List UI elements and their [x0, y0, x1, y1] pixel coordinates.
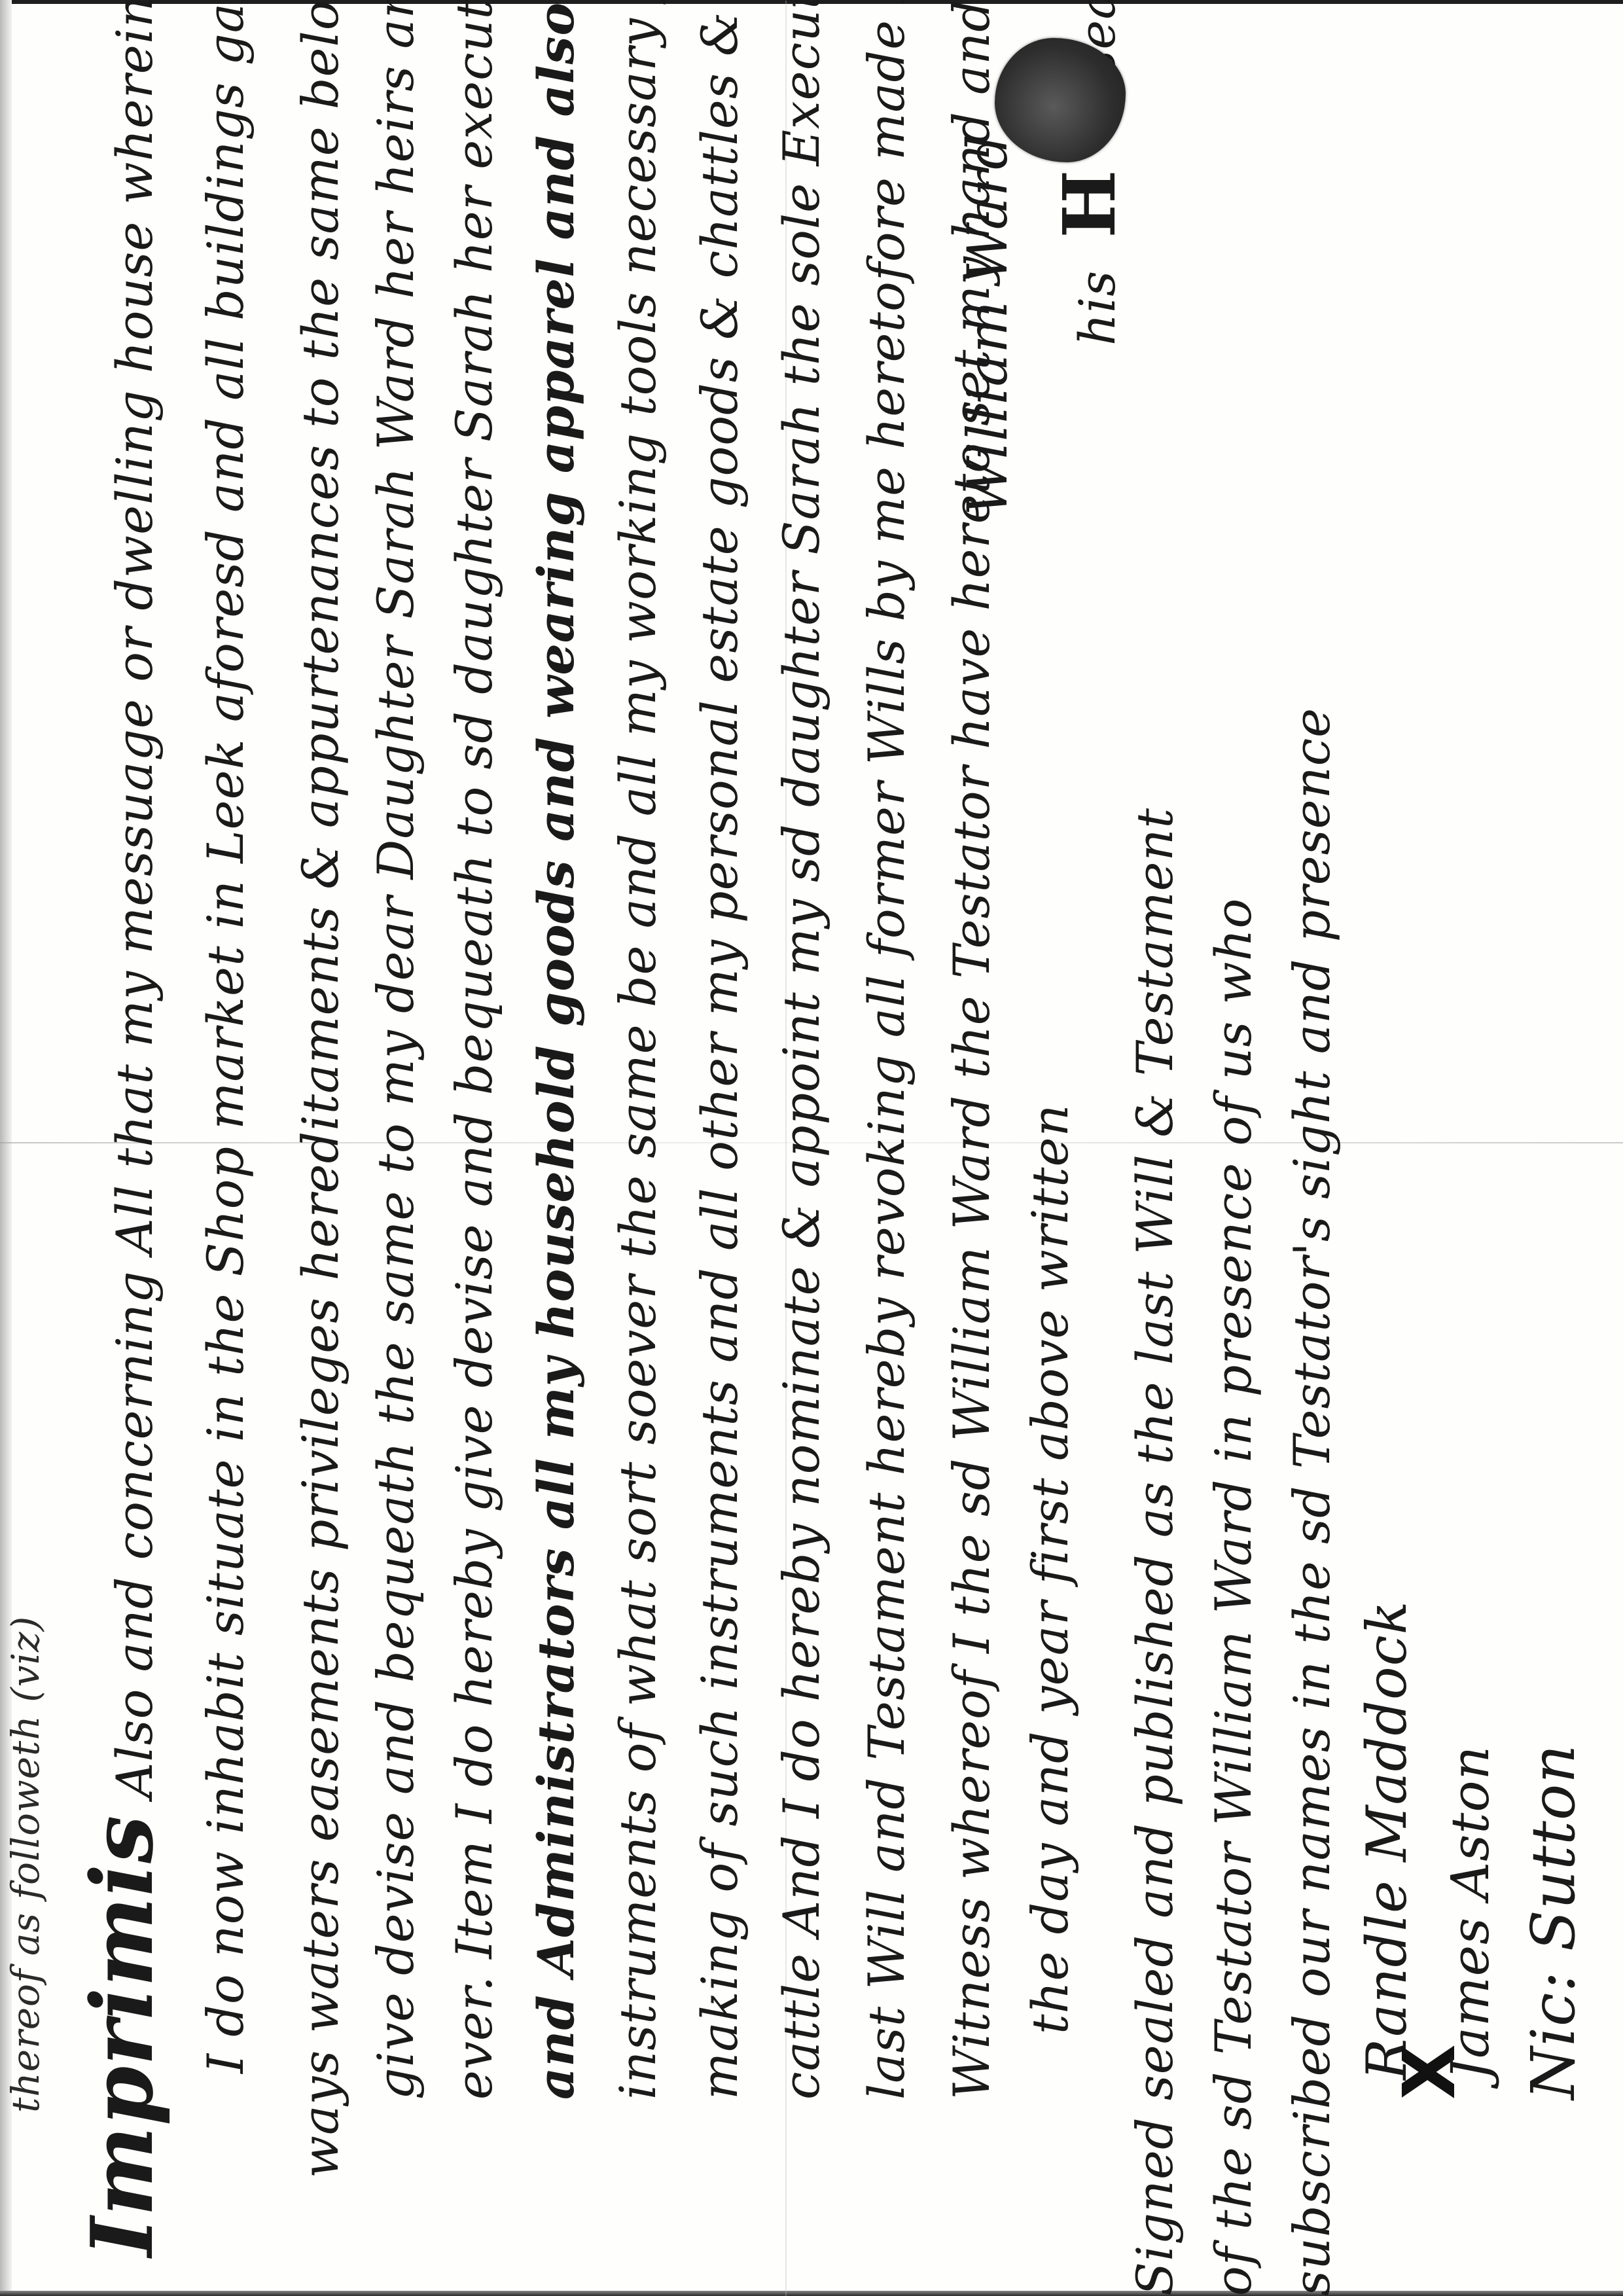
will-line-5: give devise and bequeath the same to my …	[366, 0, 425, 2100]
attestation-line-3: subscribed our names in the sd Testator'…	[1283, 708, 1341, 2296]
will-line-4: ways waters easements privileges heredit…	[291, 0, 349, 2178]
attestation-line-2: of the sd Testator William Ward in prese…	[1204, 898, 1262, 2296]
will-document-page: thereof as followeth (viz) Imprimis Impr…	[0, 0, 1623, 2296]
will-line-7: and Administrators all my household good…	[527, 0, 585, 2100]
testator-mark-glyph: H	[1047, 170, 1132, 238]
will-line-13: the day and year first above written	[1021, 1104, 1079, 2034]
wax-seal-icon	[995, 38, 1126, 162]
will-line-1: thereof as followeth (viz)	[3, 1616, 48, 2113]
attestation-line-1: Signed sealed and published as the last …	[1126, 808, 1184, 2296]
will-line-6: ever. Item I do hereby give devise and b…	[445, 0, 503, 2100]
witness-1: Randle Maddock	[1355, 1600, 1419, 2080]
rotated-writing-area: thereof as followeth (viz) Imprimis Impr…	[0, 0, 1623, 2296]
witness-3: Nic: Sutton	[1518, 1744, 1588, 2100]
testator-signature: William Ward	[955, 134, 1020, 516]
witness-1-name: Randle Maddock	[1355, 1600, 1419, 2080]
will-line-3: I do now inhabit situate in the Shop mar…	[196, 0, 255, 2073]
witness-2: James Aston	[1440, 1746, 1501, 2080]
will-line-11: last Will and Testament hereby revoking …	[857, 0, 916, 2100]
will-line-10: cattle And I do hereby nominate & appoin…	[772, 0, 830, 2100]
will-line-2-rest: Also and concerning All that my messuage…	[105, 0, 164, 1799]
will-line-8: instruments of what sort soever the same…	[609, 0, 667, 2100]
testator-mark-his: his	[1068, 270, 1126, 346]
will-line-9: making of such instruments and all other…	[690, 11, 749, 2100]
will-line-2: Imprimis Imprimis Also and concerning Al…	[72, 0, 172, 2257]
imprimis-heading: Imprimis	[72, 1815, 172, 2257]
